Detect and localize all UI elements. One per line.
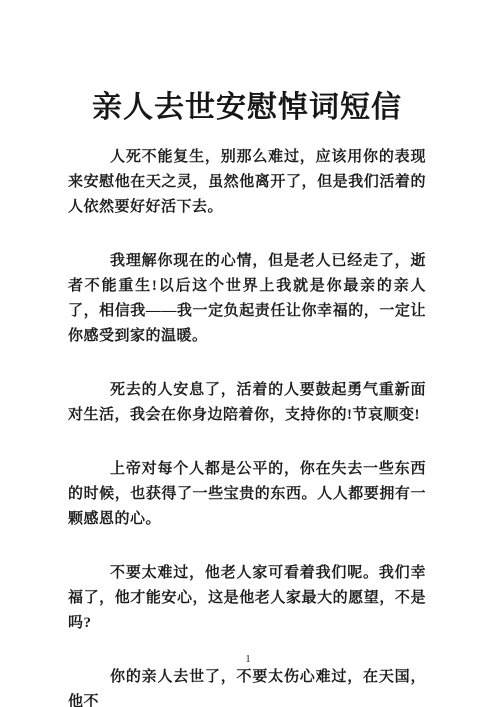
paragraph: 人死不能复生，别那么难过，应该用你的表现来安慰他在天之灵，虽然他离开了，但是我们… [68,145,426,220]
document-title: 亲人去世安慰悼词短信 [68,88,426,128]
document-body: 人死不能复生，别那么难过，应该用你的表现来安慰他在天之灵，虽然他离开了，但是我们… [68,145,426,707]
document-page: 亲人去世安慰悼词短信 人死不能复生，别那么难过，应该用你的表现来安慰他在天之灵，… [0,0,500,707]
paragraph: 上帝对每个人都是公平的，你在失去一些东西的时候，也获得了一些宝贵的东西。人人都要… [68,457,426,532]
paragraph: 我理解你现在的心情，但是老人已经走了，逝者不能重生!以后这个世界上我就是你最亲的… [68,249,426,349]
paragraph: 你的亲人去世了，不要太伤心难过，在天国，他不 [68,665,426,707]
paragraph: 死去的人安息了，活着的人要鼓起勇气重新面对生活，我会在你身边陪着你，支持你的!节… [68,378,426,428]
paragraph: 不要太难过，他老人家可看着我们呢。我们幸福了，他才能安心，这是他老人家最大的愿望… [68,561,426,636]
page-number: 1 [0,652,496,666]
